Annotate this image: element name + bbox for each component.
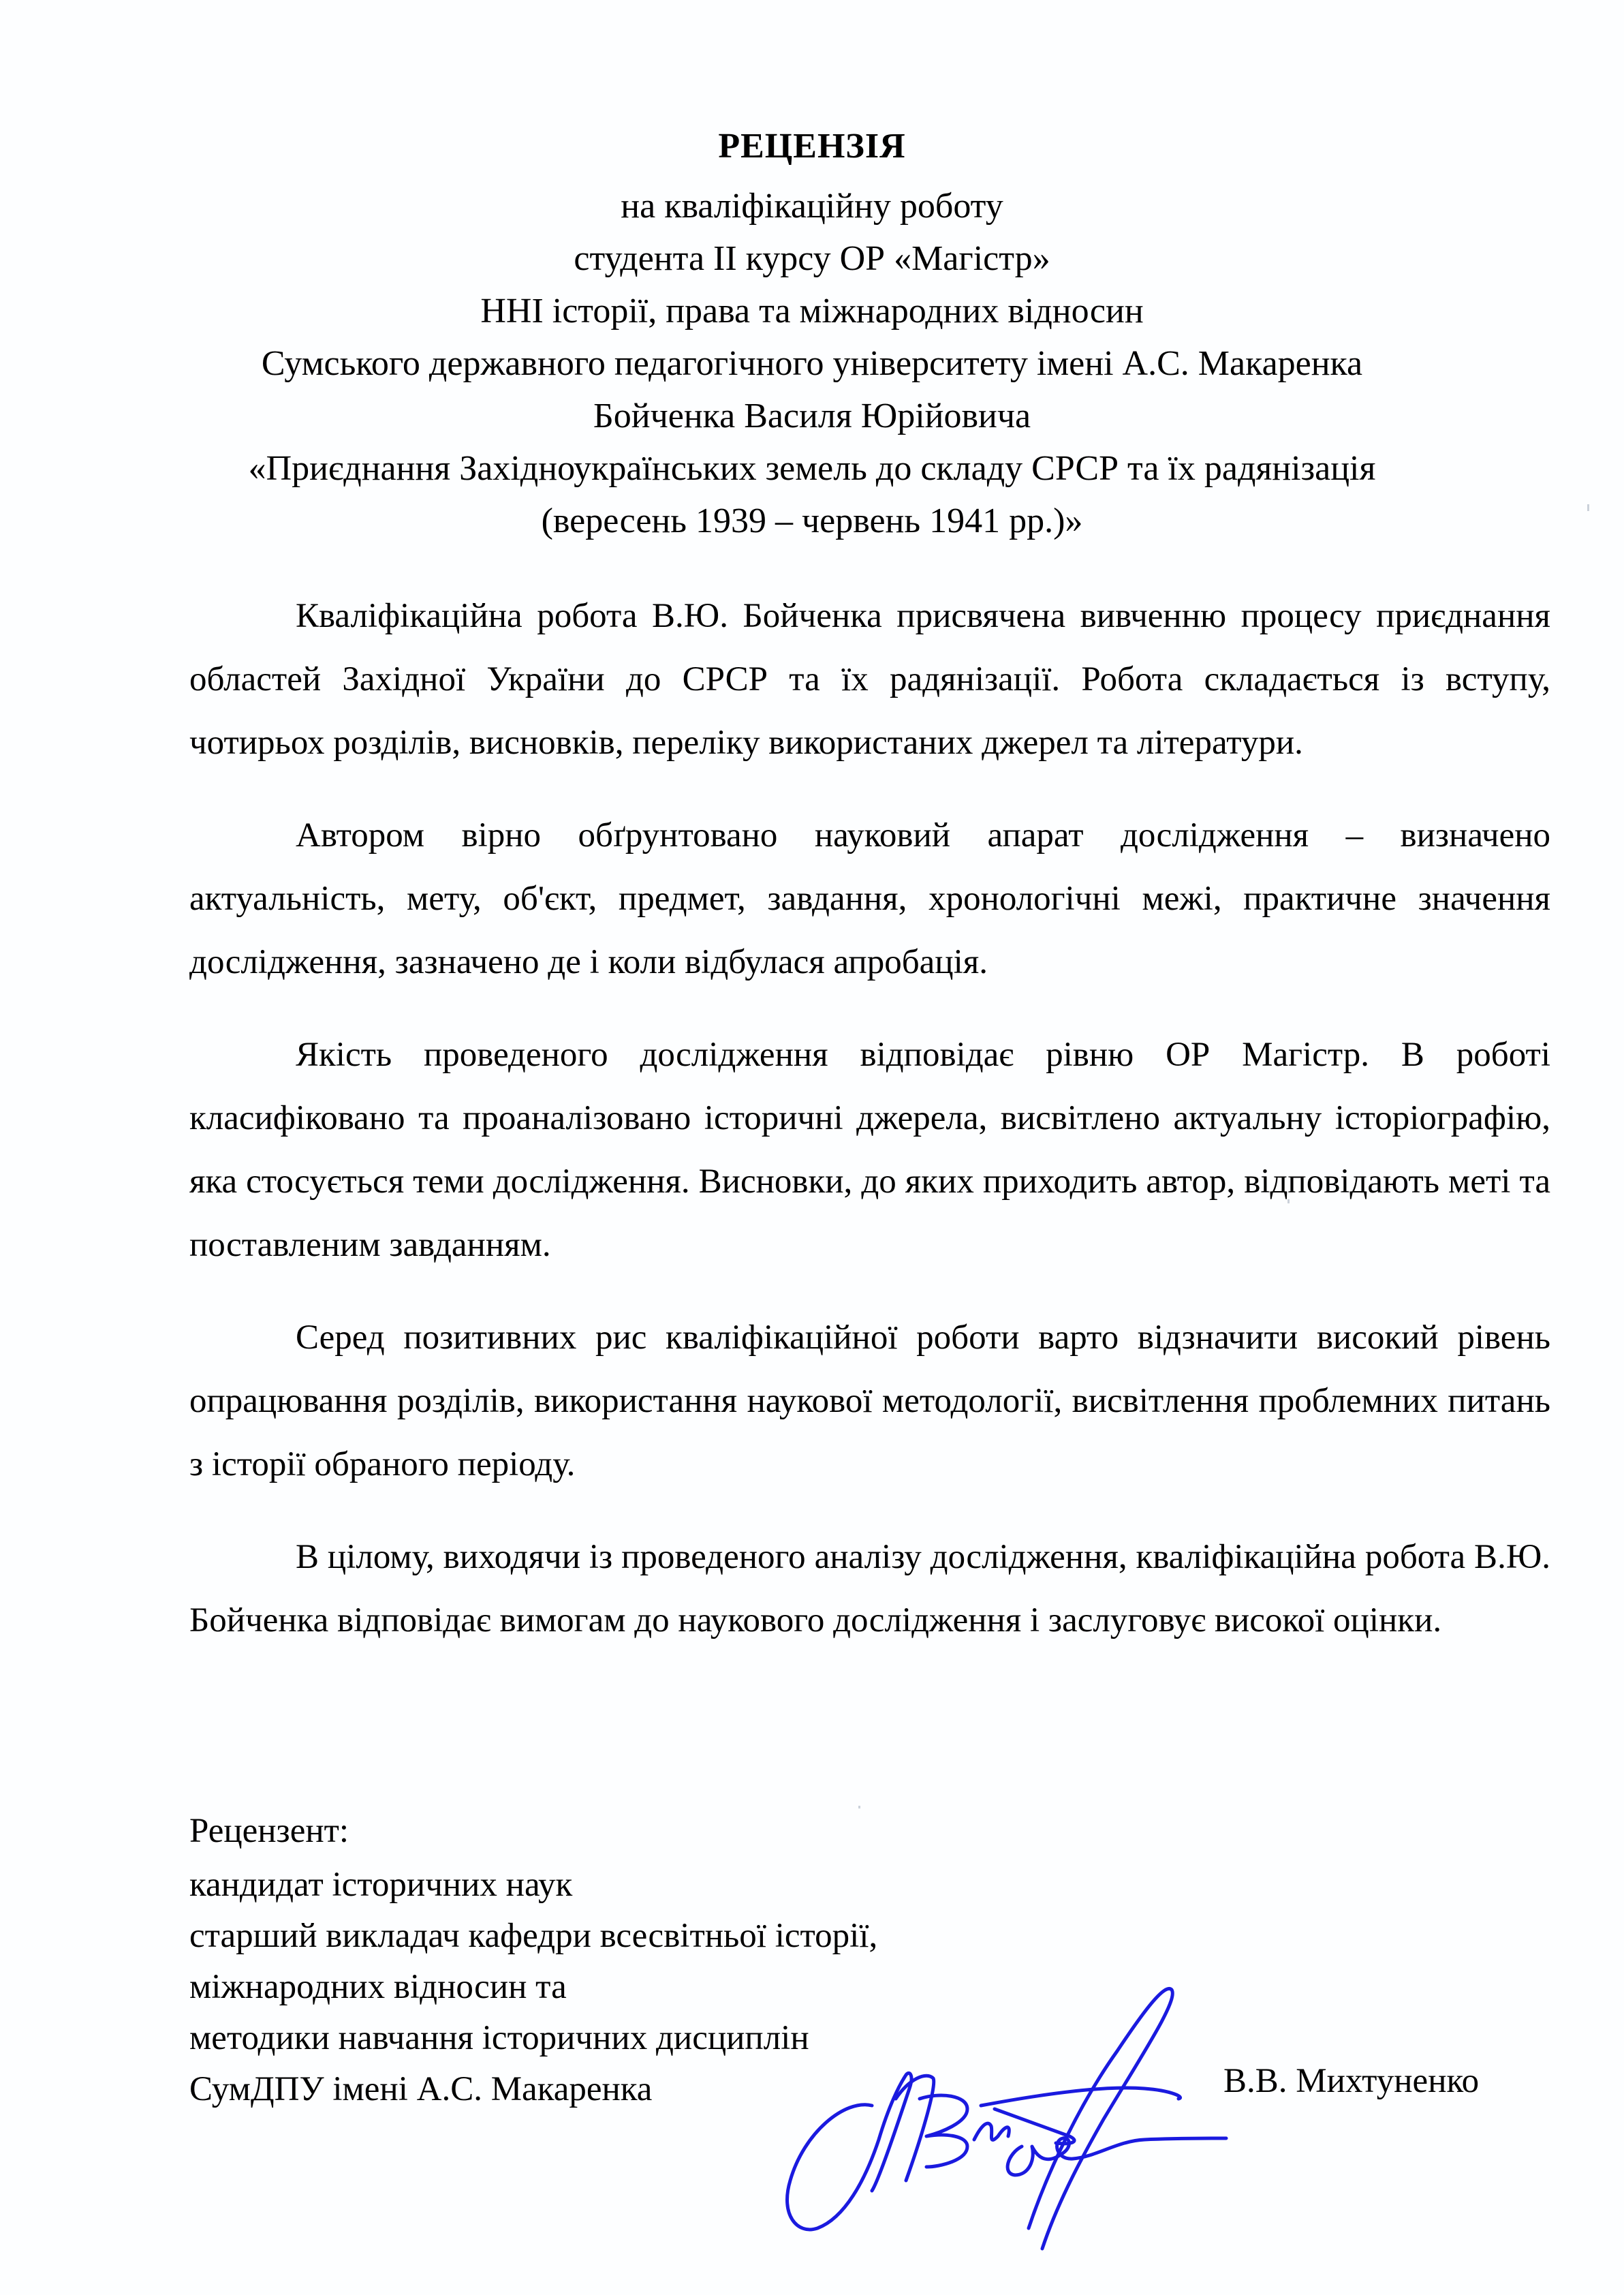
paragraph-overview: Кваліфікаційна робота В.Ю. Бойченка прис… bbox=[189, 585, 1550, 775]
scan-speck bbox=[858, 1806, 860, 1808]
header-line-thesis-period: (вересень 1939 – червень 1941 рр.)» bbox=[0, 495, 1624, 547]
reviewer-degree: кандидат історичних наук bbox=[189, 1860, 1007, 1911]
header-line-university: Сумського державного педагогічного уніве… bbox=[0, 337, 1624, 390]
scan-speck bbox=[1287, 1199, 1290, 1203]
reviewer-position: старший викладач кафедри всесвітньої іст… bbox=[189, 1911, 1007, 1962]
header-line-subject: на кваліфікаційну роботу bbox=[0, 180, 1624, 232]
review-body: Кваліфікаційна робота В.Ю. Бойченка прис… bbox=[189, 585, 1550, 1682]
reviewer-label: Рецензент: bbox=[189, 1806, 1007, 1857]
header-line-institute: ННІ історії, права та міжнародних віднос… bbox=[0, 285, 1624, 337]
document-title: РЕЦЕНЗІЯ bbox=[0, 123, 1624, 170]
scan-speck bbox=[1587, 504, 1589, 511]
paragraph-conclusion: В цілому, виходячи із проведеного аналіз… bbox=[189, 1526, 1550, 1652]
document-header: РЕЦЕНЗІЯ на кваліфікаційну роботу студен… bbox=[0, 123, 1624, 547]
header-line-thesis-title: «Приєднання Західноукраїнських земель до… bbox=[0, 442, 1624, 495]
header-line-student-course: студента ІІ курсу ОР «Магістр» bbox=[0, 232, 1624, 285]
header-line-student-name: Бойченка Василя Юрійовича bbox=[0, 390, 1624, 442]
handwritten-signature-icon bbox=[763, 1962, 1240, 2262]
paragraph-scientific-apparatus: Автором вірно обґрунтовано науковий апар… bbox=[189, 804, 1550, 994]
paragraph-research-quality: Якість проведеного дослідження відповіда… bbox=[189, 1023, 1550, 1277]
paragraph-positive-features: Серед позитивних рис кваліфікаційної роб… bbox=[189, 1306, 1550, 1496]
review-document-page: РЕЦЕНЗІЯ на кваліфікаційну роботу студен… bbox=[0, 0, 1624, 2295]
reviewer-name: В.В. Михтуненко bbox=[1223, 2056, 1479, 2107]
